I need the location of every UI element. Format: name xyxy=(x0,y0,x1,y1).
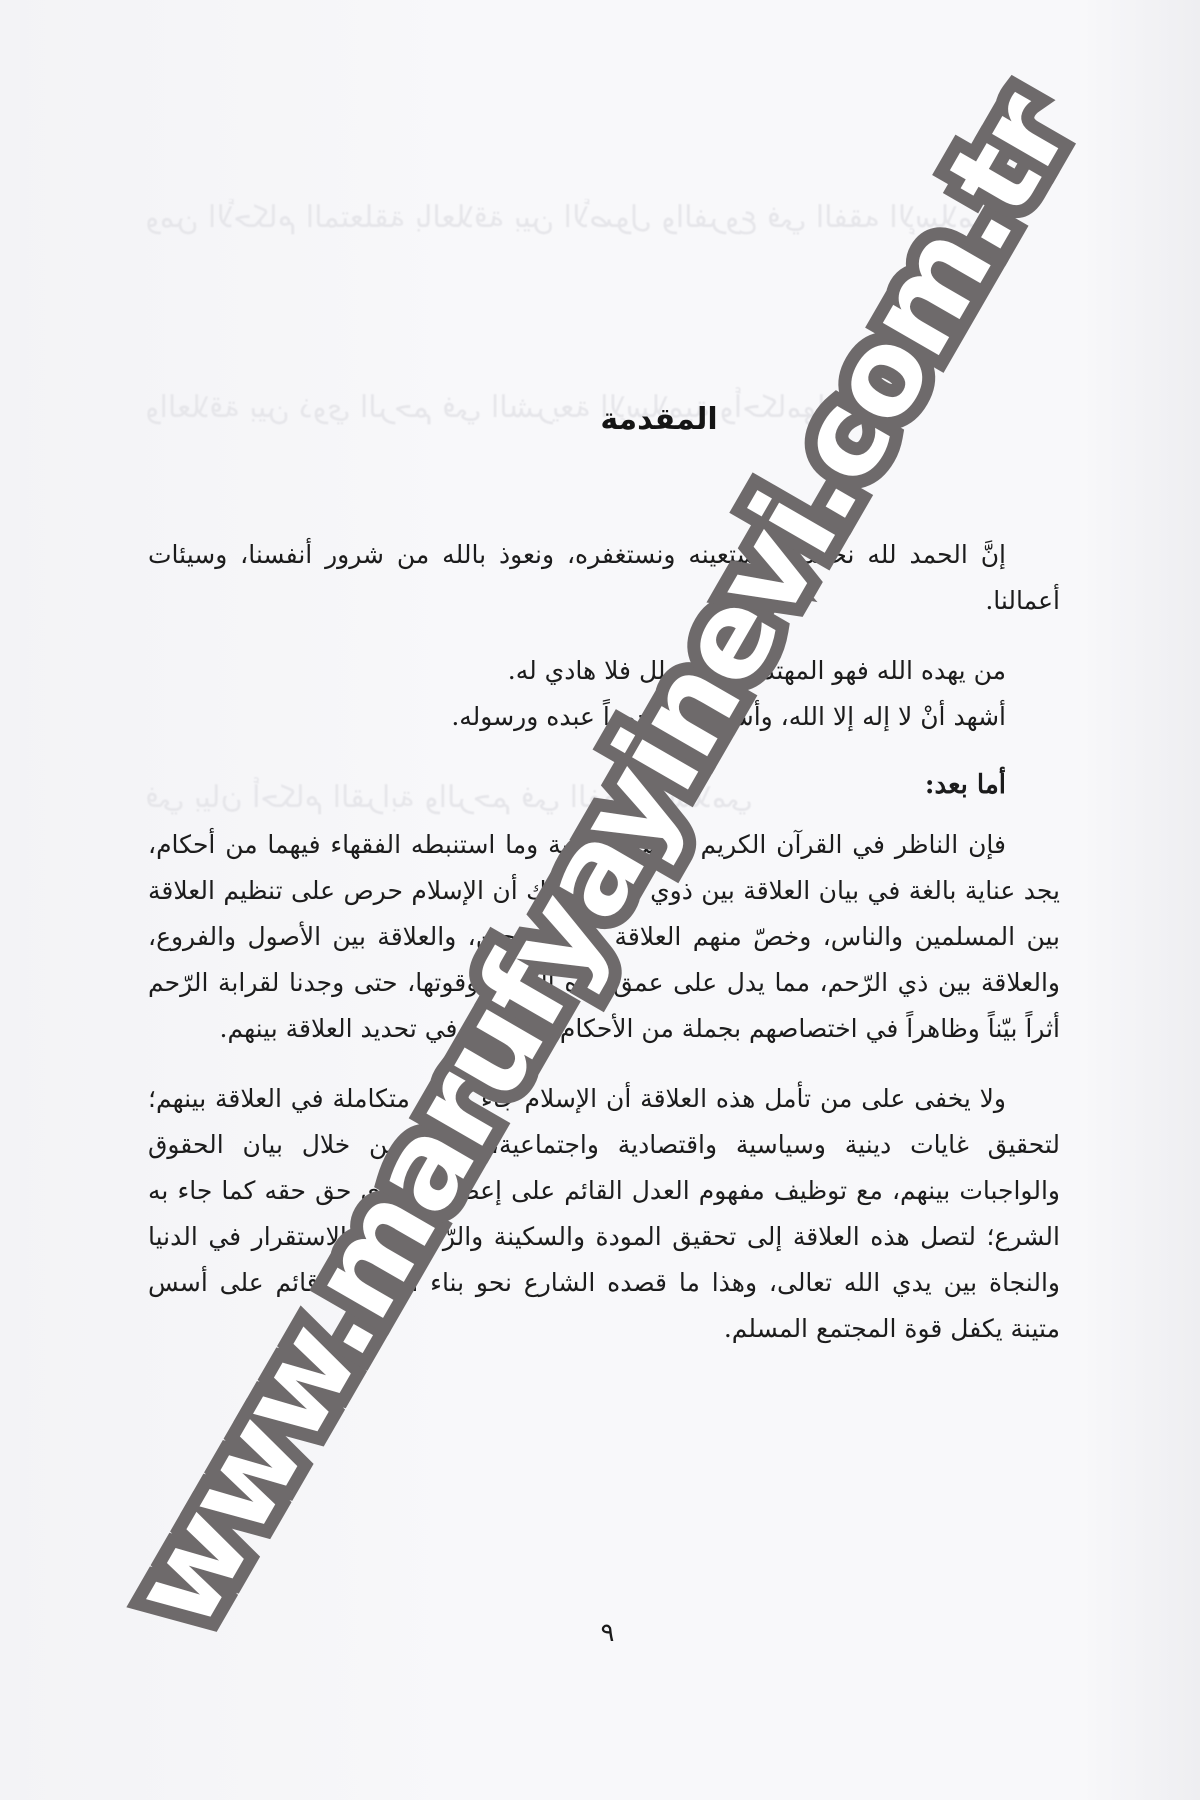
paragraph-body-2: ولا يخفى على من تأمل هذه العلاقة أن الإس… xyxy=(148,1076,1060,1352)
page-content: المقدمة إنَّ الحمد لله نحمده ونستعينه ون… xyxy=(148,400,1060,1352)
book-page: ومن الأحكام المتعلقة بالعلاقة بين الأصول… xyxy=(0,0,1200,1800)
bleed-through-text: ومن الأحكام المتعلقة بالعلاقة بين الأصول… xyxy=(145,190,1080,246)
paragraph-body-1: فإن الناظر في القرآن الكريم والسنة النبو… xyxy=(148,822,1060,1052)
section-heading-amma-bad: أما بعد: xyxy=(148,762,1060,808)
paragraph-opening: إنَّ الحمد لله نحمده ونستعينه ونستغفره، … xyxy=(148,532,1060,624)
page-title: المقدمة xyxy=(148,400,1060,440)
page-number: ٩ xyxy=(0,1618,1200,1648)
paragraph-guidance: من يهده الله فهو المهتد، ومن يضلل فلا ها… xyxy=(148,648,1060,694)
paragraph-shahada: أشهد أنْ لا إله إلا الله، وأشهد أنّ محمد… xyxy=(148,694,1060,740)
